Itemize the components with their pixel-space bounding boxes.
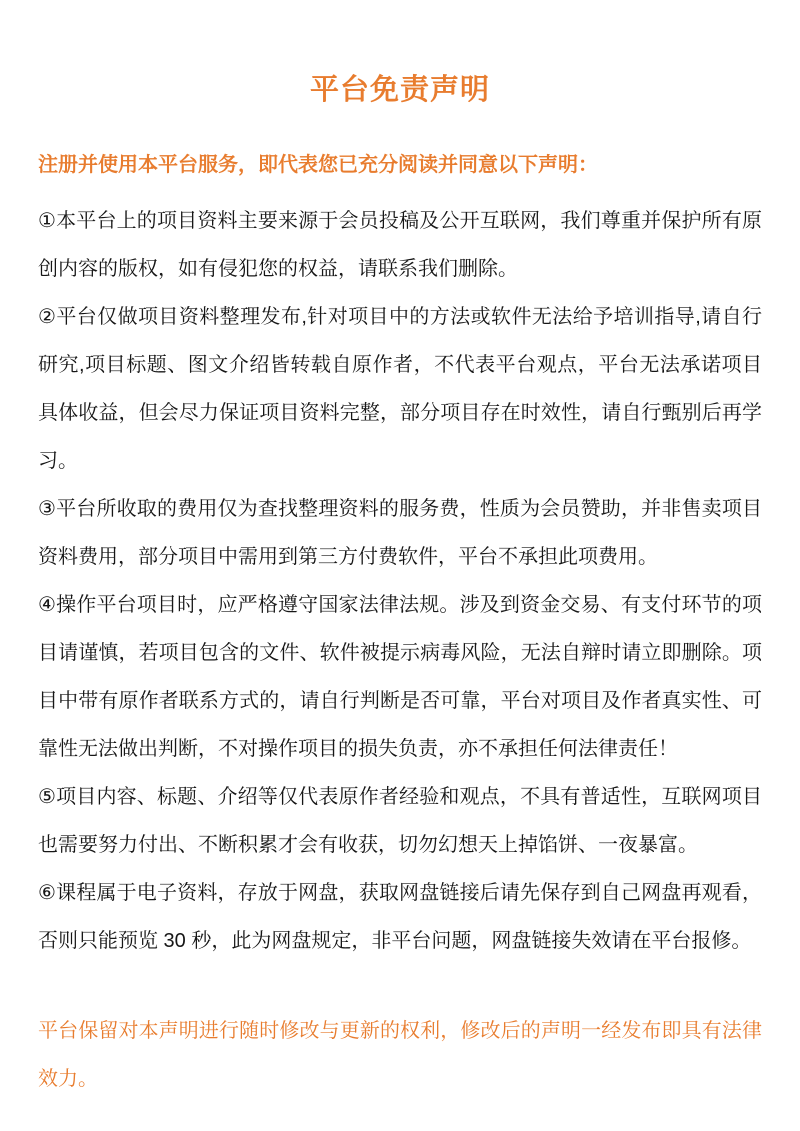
disclaimer-footer: 平台保留对本声明进行随时修改与更新的权利，修改后的声明一经发布即具有法律效力。 (38, 1007, 762, 1103)
disclaimer-body: ①本平台上的项目资料主要来源于会员投稿及公开互联网，我们尊重并保护所有原创内容的… (38, 197, 762, 965)
page-title: 平台免责声明 (38, 70, 762, 110)
disclaimer-paragraph-3: ③平台所收取的费用仅为查找整理资料的服务费，性质为会员赞助，并非售卖项目资料费用… (38, 485, 762, 581)
disclaimer-paragraph-1: ①本平台上的项目资料主要来源于会员投稿及公开互联网，我们尊重并保护所有原创内容的… (38, 197, 762, 293)
disclaimer-intro: 注册并使用本平台服务，即代表您已充分阅读并同意以下声明： (38, 141, 762, 189)
disclaimer-paragraph-2: ②平台仅做项目资料整理发布,针对项目中的方法或软件无法给予培训指导,请自行研究,… (38, 293, 762, 485)
disclaimer-paragraph-5: ⑤项目内容、标题、介绍等仅代表原作者经验和观点，不具有普适性，互联网项目也需要努… (38, 773, 762, 869)
disclaimer-paragraph-6: ⑥课程属于电子资料，存放于网盘，获取网盘链接后请先保存到自己网盘再观看，否则只能… (38, 869, 762, 965)
disclaimer-paragraph-4: ④操作平台项目时，应严格遵守国家法律法规。涉及到资金交易、有支付环节的项目请谨慎… (38, 581, 762, 773)
disclaimer-page: 平台免责声明 注册并使用本平台服务，即代表您已充分阅读并同意以下声明： ①本平台… (0, 0, 800, 1131)
